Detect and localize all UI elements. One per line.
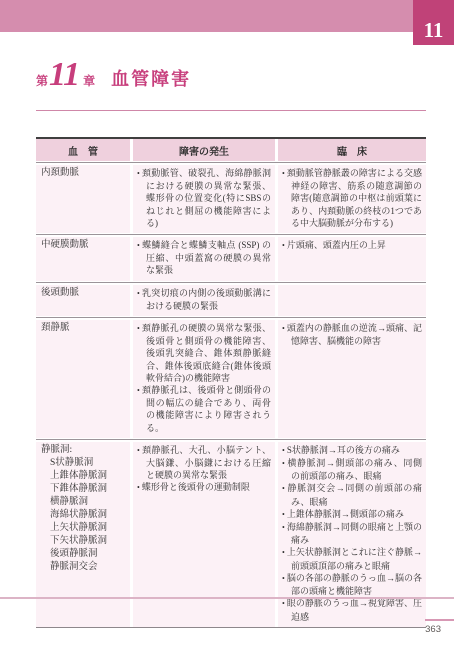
table-row: 頚静脈頚静脈孔の硬膜の異常な緊張、後頭骨と側頭骨の機能障害、後頭乳突縫合、錐体頚… xyxy=(36,320,426,438)
row-divider xyxy=(36,316,426,318)
clinical-item: S状静脈洞→耳の後方の痛み xyxy=(282,444,422,457)
table-header-row: 血 管 障害の発生 臨 床 xyxy=(36,139,426,161)
table-body: 内頚動脈頚動脈管、破裂孔、海綿静脈洞における硬膜の異常な緊張、蝶形骨の位置変化(… xyxy=(36,165,426,627)
clinical-item: 片頭痛、頭蓋内圧の上昇 xyxy=(282,239,422,252)
vessel-cell: 中硬膜動脈 xyxy=(36,237,130,281)
table-divider xyxy=(36,161,426,163)
row-divider xyxy=(36,438,426,440)
clinical-item: 脳の各部の静脈のうっ血→脳の各部の頭痛と機能障害 xyxy=(282,572,422,597)
clinical-cell xyxy=(278,285,426,316)
table-row: 中硬膜動脈蝶鱗縫合と蝶鱗支軸点 (SSP) の圧縮、中頭蓋窩の硬膜の異常な緊張片… xyxy=(36,237,426,281)
clinical-item: 頭蓋内の静脈血の逆流→頭痛、記憶障害、脳機能の障害 xyxy=(282,322,422,347)
clinical-cell: 頚動脈管静脈叢の障害による交感神経の障害、筋系の随意調節の障害(随意調節の中枢は… xyxy=(278,165,426,233)
clinical-item: 海綿静脈洞→同側の眼痛と上顎の痛み xyxy=(282,521,422,546)
onset-item: 蝶鱗縫合と蝶鱗支軸点 (SSP) の圧縮、中頭蓋窩の硬膜の異常な緊張 xyxy=(137,239,271,277)
clinical-item: 眼の静脈のうっ血→視覚障害、圧迫感 xyxy=(282,597,422,622)
row-divider xyxy=(36,281,426,283)
clinical-item: 上矢状静脈洞とこれに注ぐ静脈→前頭頭頂部の痛みと眼痛 xyxy=(282,546,422,571)
footer-rule xyxy=(0,597,454,599)
chapter-heading: 第 11 章 血管障害 xyxy=(36,58,191,104)
header-band xyxy=(0,0,454,32)
vessel-name: 中硬膜動脈 xyxy=(41,239,126,252)
onset-item: 頚静脈孔は、後頭骨と側頭骨の間の幅広の縫合であり、両骨の機能障害により障害されう… xyxy=(137,384,271,434)
vessel-cell: 後頭動脈 xyxy=(36,285,130,316)
row-divider xyxy=(36,233,426,235)
chapter-number: 11 xyxy=(49,58,79,92)
vessel-name: 内頚動脈 xyxy=(41,167,126,180)
vessel-name: 下矢状静脈洞 xyxy=(41,535,126,548)
chapter-prefix: 第 xyxy=(36,72,48,89)
vessel-name: S状静脈洞 xyxy=(41,457,126,470)
clinical-cell: 片頭痛、頭蓋内圧の上昇 xyxy=(278,237,426,281)
vessel-table: 血 管 障害の発生 臨 床 内頚動脈頚動脈管、破裂孔、海綿静脈洞における硬膜の異… xyxy=(36,137,426,628)
col-header-clinical: 臨 床 xyxy=(278,139,426,161)
onset-cell: 頚静脈孔の硬膜の異常な緊張、後頭骨と側頭骨の機能障害、後頭乳突縫合、錐体頚静脈縫… xyxy=(133,320,275,438)
onset-item: 頚静脈孔の硬膜の異常な緊張、後頭骨と側頭骨の機能障害、後頭乳突縫合、錐体頚静脈縫… xyxy=(137,322,271,384)
onset-cell: 蝶鱗縫合と蝶鱗支軸点 (SSP) の圧縮、中頭蓋窩の硬膜の異常な緊張 xyxy=(133,237,275,281)
vessel-name: 後頭動脈 xyxy=(41,287,126,300)
vessel-name: 横静脈洞 xyxy=(41,496,126,509)
onset-cell: 頚動脈管、破裂孔、海綿静脈洞における硬膜の異常な緊張、蝶形骨の位置変化(特にSB… xyxy=(133,165,275,233)
onset-item: 蝶形骨と後頭骨の運動制限 xyxy=(137,481,271,494)
clinical-cell: 頭蓋内の静脈血の逆流→頭痛、記憶障害、脳機能の障害 xyxy=(278,320,426,438)
onset-item: 頚静脈孔、大孔、小脳テント、大脳鎌、小脳鎌における圧縮と硬膜の異常な緊張 xyxy=(137,444,271,482)
vessel-name: 上矢状静脈洞 xyxy=(41,522,126,535)
heading-rule xyxy=(36,110,426,111)
clinical-item: 横静脈洞→側頭部の痛み、同側の前頭部の痛み、眼痛 xyxy=(282,457,422,482)
page-number-rule xyxy=(425,619,454,621)
onset-cell: 乳突切痕の内側の後頭動脈溝における硬膜の緊張 xyxy=(133,285,275,316)
page-number: 363 xyxy=(425,624,441,635)
chapter-tab-number: 11 xyxy=(424,18,444,43)
vessel-name: 海綿状静脈洞 xyxy=(41,509,126,522)
clinical-item: 頚動脈管静脈叢の障害による交感神経の障害、筋系の随意調節の障害(随意調節の中枢は… xyxy=(282,167,422,229)
table-row: 後頭動脈乳突切痕の内側の後頭動脈溝における硬膜の緊張 xyxy=(36,285,426,316)
vessel-name: 下錐体静脈洞 xyxy=(41,483,126,496)
clinical-item: 静脈洞交会→同側の前頭部の痛み、眼痛 xyxy=(282,482,422,507)
vessel-name: 頚静脈 xyxy=(41,322,126,335)
table-row: 内頚動脈頚動脈管、破裂孔、海綿静脈洞における硬膜の異常な緊張、蝶形骨の位置変化(… xyxy=(36,165,426,233)
vessel-name: 後頭静脈洞 xyxy=(41,548,126,561)
onset-item: 頚動脈管、破裂孔、海綿静脈洞における硬膜の異常な緊張、蝶形骨の位置変化(特にSB… xyxy=(137,167,271,229)
vessel-name: 静脈洞交会 xyxy=(41,561,126,574)
vessel-cell: 内頚動脈 xyxy=(36,165,130,233)
chapter-suffix: 章 xyxy=(83,72,95,89)
chapter-tab: 11 xyxy=(413,0,454,45)
vessel-name: 静脈洞: xyxy=(41,444,126,457)
clinical-item: 上錐体静脈洞→側頭部の痛み xyxy=(282,508,422,521)
vessel-name: 上錐体静脈洞 xyxy=(41,470,126,483)
onset-item: 乳突切痕の内側の後頭動脈溝における硬膜の緊張 xyxy=(137,287,271,312)
col-header-vessel: 血 管 xyxy=(36,139,130,161)
vessel-cell: 頚静脈 xyxy=(36,320,130,438)
page-title: 血管障害 xyxy=(111,65,191,91)
col-header-onset: 障害の発生 xyxy=(133,139,275,161)
